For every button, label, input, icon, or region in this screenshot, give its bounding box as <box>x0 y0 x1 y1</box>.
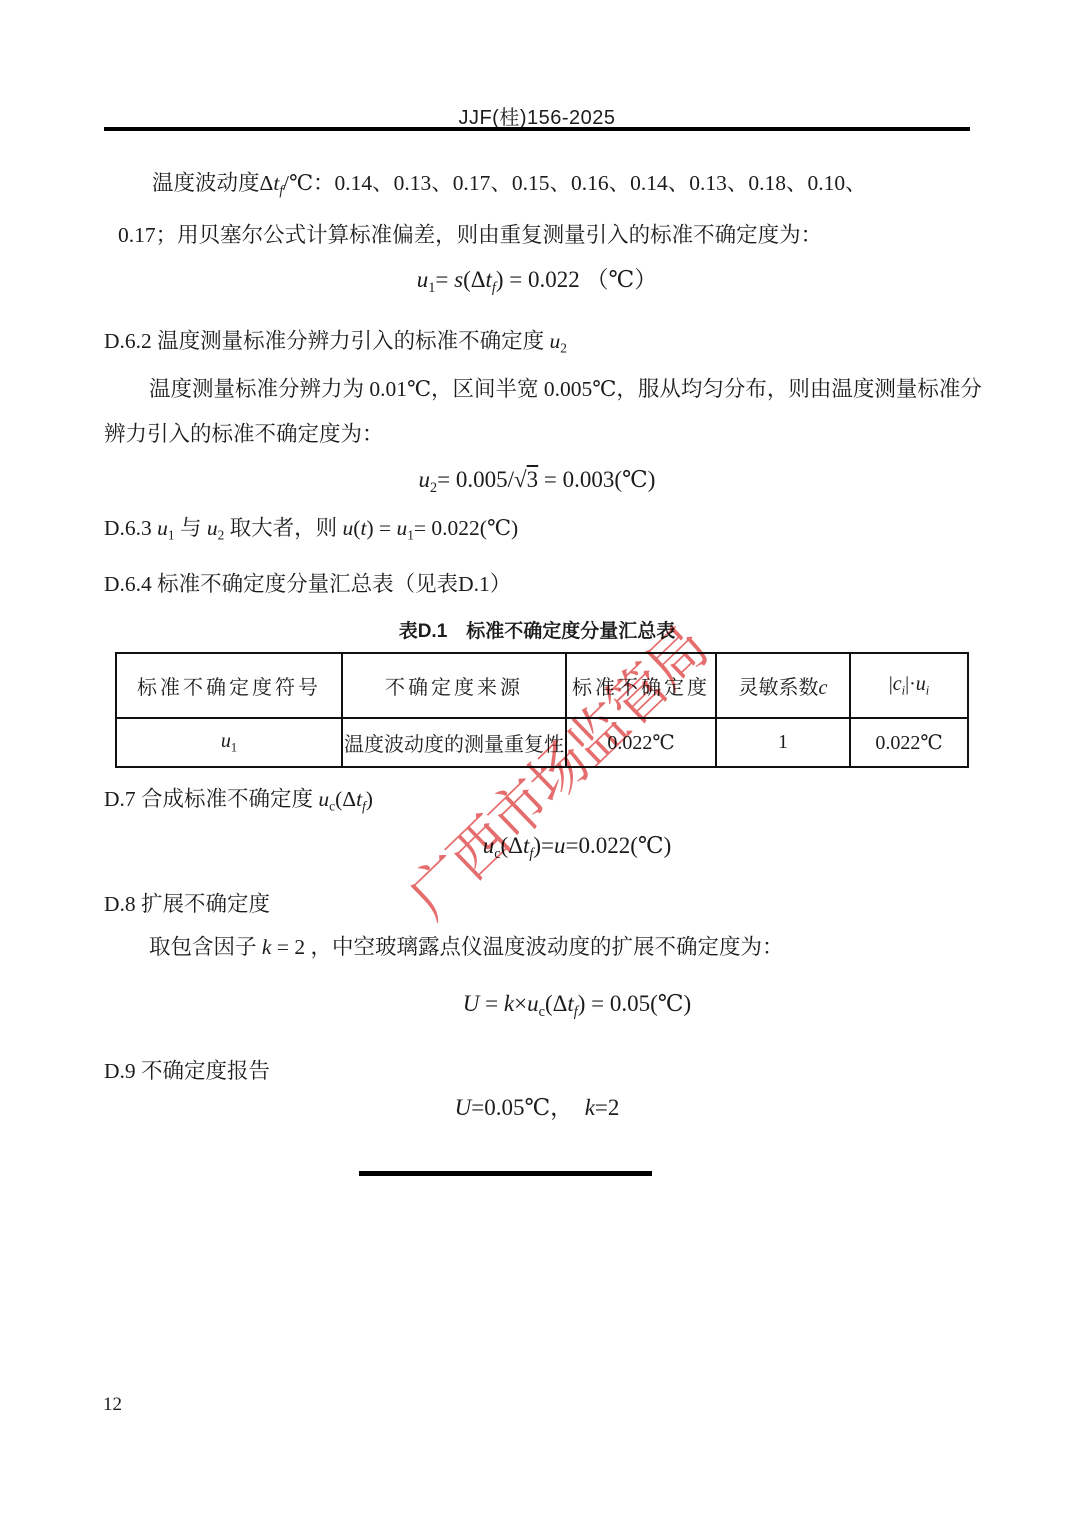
formula-segment: |· <box>905 673 916 695</box>
formula-segment: (Δ <box>463 267 485 292</box>
heading-d6-2: D.6.2 温度测量标准分辨力引入的标准不确定度 u2 <box>104 326 976 364</box>
formula-segment: 取包含因子 <box>149 935 262 959</box>
formula-segment: u <box>554 833 566 858</box>
formula-segment: Δ <box>260 171 274 195</box>
formula-segment: ) = 0.05(℃) <box>578 991 691 1016</box>
heading-d9: D.9 不确定度报告 <box>104 1056 976 1086</box>
formula-segment: ) = <box>366 516 396 540</box>
formula-segment: u <box>527 991 539 1016</box>
formula-segment: D.7 合成标准不确定度 <box>104 787 318 811</box>
formula-segment: 与 <box>175 516 207 540</box>
formula-segment: 取大者，则 <box>224 516 342 540</box>
formula-segment: 温度波动度 <box>152 171 260 195</box>
formula-segment: u <box>419 467 431 492</box>
paragraph-expanded: 取包含因子 k = 2 ，中空玻璃露点仪温度波动度的扩展不确定度为： <box>104 932 1021 962</box>
formula-u1: u1= s(Δtf) = 0.022 （℃） <box>0 264 1074 304</box>
formula-segment: u <box>916 673 926 695</box>
formula-segment: u <box>417 267 429 292</box>
formula-segment: c <box>819 677 828 699</box>
formula-segment: D.6.3 <box>104 516 157 540</box>
cell-sensitivity: 1 <box>716 718 850 767</box>
formula-segment: u <box>157 516 168 540</box>
formula-segment: = 0.022(℃) <box>414 516 518 540</box>
formula-segment: × <box>514 991 527 1016</box>
formula-u2: u2= 0.005/√3 = 0.003(℃) <box>0 464 1074 504</box>
heading-d6-4: D.6.4 标准不确定度分量汇总表（见表D.1） <box>104 569 976 599</box>
formula-segment: u <box>550 329 561 353</box>
formula-segment: =0.022(℃) <box>566 833 672 858</box>
formula-segment: =2 <box>595 1095 619 1120</box>
formula-segment: k <box>585 1095 595 1120</box>
formula-segment: (Δ <box>501 833 523 858</box>
paragraph-resolution-line2: 辨力引入的标准不确定度为： <box>104 419 976 449</box>
header-cell-product: |ci|·ui <box>850 653 968 718</box>
table-caption: 表D.1 标准不确定度分量汇总表 <box>0 616 1074 643</box>
formula-segment: U <box>463 991 480 1016</box>
formula-segment: k <box>262 935 272 959</box>
formula-segment: 2 <box>560 341 567 356</box>
formula-expanded: U = k×uc(Δtf) = 0.05(℃) <box>40 988 1074 1028</box>
formula-segment: 灵敏系数 <box>739 677 819 699</box>
cell-symbol-u1: u1 <box>116 718 342 767</box>
header-cell-symbol: 标准不确定度符号 <box>116 653 342 718</box>
formula-segment: = <box>435 267 454 292</box>
formula-segment: 1 <box>231 740 237 754</box>
formula-segment: )= <box>533 833 554 858</box>
header-cell-source: 不确定度来源 <box>342 653 566 718</box>
formula-segment: = <box>479 991 503 1016</box>
table-header-row: 标准不确定度符号 不确定度来源 标准不确定度 灵敏系数c |ci|·ui <box>116 653 968 718</box>
formula-segment: = 2 ，中空玻璃露点仪温度波动度的扩展不确定度为： <box>271 935 783 959</box>
paragraph-resolution-line1: 温度测量标准分辨力为 0.01℃，区间半宽 0.005℃，服从均匀分布，则由温度… <box>104 374 1021 404</box>
heading-d7: D.7 合成标准不确定度 uc(Δtf) <box>104 784 976 822</box>
cell-source: 温度波动度的测量重复性 <box>342 718 566 767</box>
cell-product: 0.022℃ <box>850 718 968 767</box>
formula-segment: (Δ <box>545 991 567 1016</box>
formula-segment: c <box>893 673 902 695</box>
formula-segment: U <box>455 1095 472 1120</box>
page-number: 12 <box>103 1394 122 1416</box>
formula-segment: = 0.005/ <box>437 467 514 492</box>
paragraph-repeatability-line2: 0.17；用贝塞尔公式计算标准偏差，则由重复测量引入的标准不确定度为： <box>118 220 990 250</box>
header-cell-sensitivity: 灵敏系数c <box>716 653 850 718</box>
formula-segment: 1 <box>407 528 414 543</box>
header-rule <box>104 127 970 131</box>
formula-segment: u <box>207 516 218 540</box>
formula-segment: =0.05℃， <box>471 1095 561 1120</box>
formula-report: U=0.05℃， k=2 <box>0 1092 1074 1124</box>
formula-uc: uc(Δtf)=u=0.022(℃) <box>40 830 1074 870</box>
formula-segment: u <box>221 730 231 752</box>
formula-segment: k <box>504 991 514 1016</box>
formula-segment: 1 <box>168 528 175 543</box>
header-cell-uncertainty: 标准不确定度 <box>566 653 716 718</box>
formula-segment: 3 <box>527 467 539 492</box>
formula-segment: u <box>483 833 495 858</box>
heading-d6-3: D.6.3 u1 与 u2 取大者，则 u(t) = u1= 0.022(℃) <box>104 513 976 551</box>
formula-segment: D.6.2 温度测量标准分辨力引入的标准不确定度 <box>104 329 550 353</box>
cell-std-uncertainty: 0.022℃ <box>566 718 716 767</box>
end-of-document-rule <box>359 1171 652 1176</box>
formula-segment: ) = 0.022 （℃） <box>496 267 657 292</box>
formula-segment: u <box>396 516 407 540</box>
formula-segment: i <box>926 683 929 697</box>
standard-code-header: JJF(桂)156-2025 <box>0 101 1074 130</box>
formula-segment: /℃：0.14、0.13、0.17、0.15、0.16、0.14、0.13、0.… <box>283 171 867 195</box>
document-page: JJF(桂)156-2025 温度波动度Δtf/℃：0.14、0.13、0.17… <box>0 0 1074 1520</box>
formula-segment: s <box>454 267 463 292</box>
uncertainty-summary-table: 标准不确定度符号 不确定度来源 标准不确定度 灵敏系数c |ci|·ui u1 … <box>115 652 969 768</box>
formula-segment: u <box>318 787 329 811</box>
formula-segment: (Δ <box>335 787 356 811</box>
paragraph-repeatability-line1: 温度波动度Δtf/℃：0.14、0.13、0.17、0.15、0.16、0.14… <box>107 168 1024 206</box>
formula-segment: = 0.003(℃) <box>538 467 655 492</box>
heading-d8: D.8 扩展不确定度 <box>104 889 976 919</box>
formula-segment <box>562 1095 585 1120</box>
table-data-row: u1 温度波动度的测量重复性 0.022℃ 1 0.022℃ <box>116 718 968 767</box>
formula-segment: ) <box>366 787 373 811</box>
formula-segment: √ <box>514 467 527 492</box>
formula-segment: u <box>343 516 354 540</box>
